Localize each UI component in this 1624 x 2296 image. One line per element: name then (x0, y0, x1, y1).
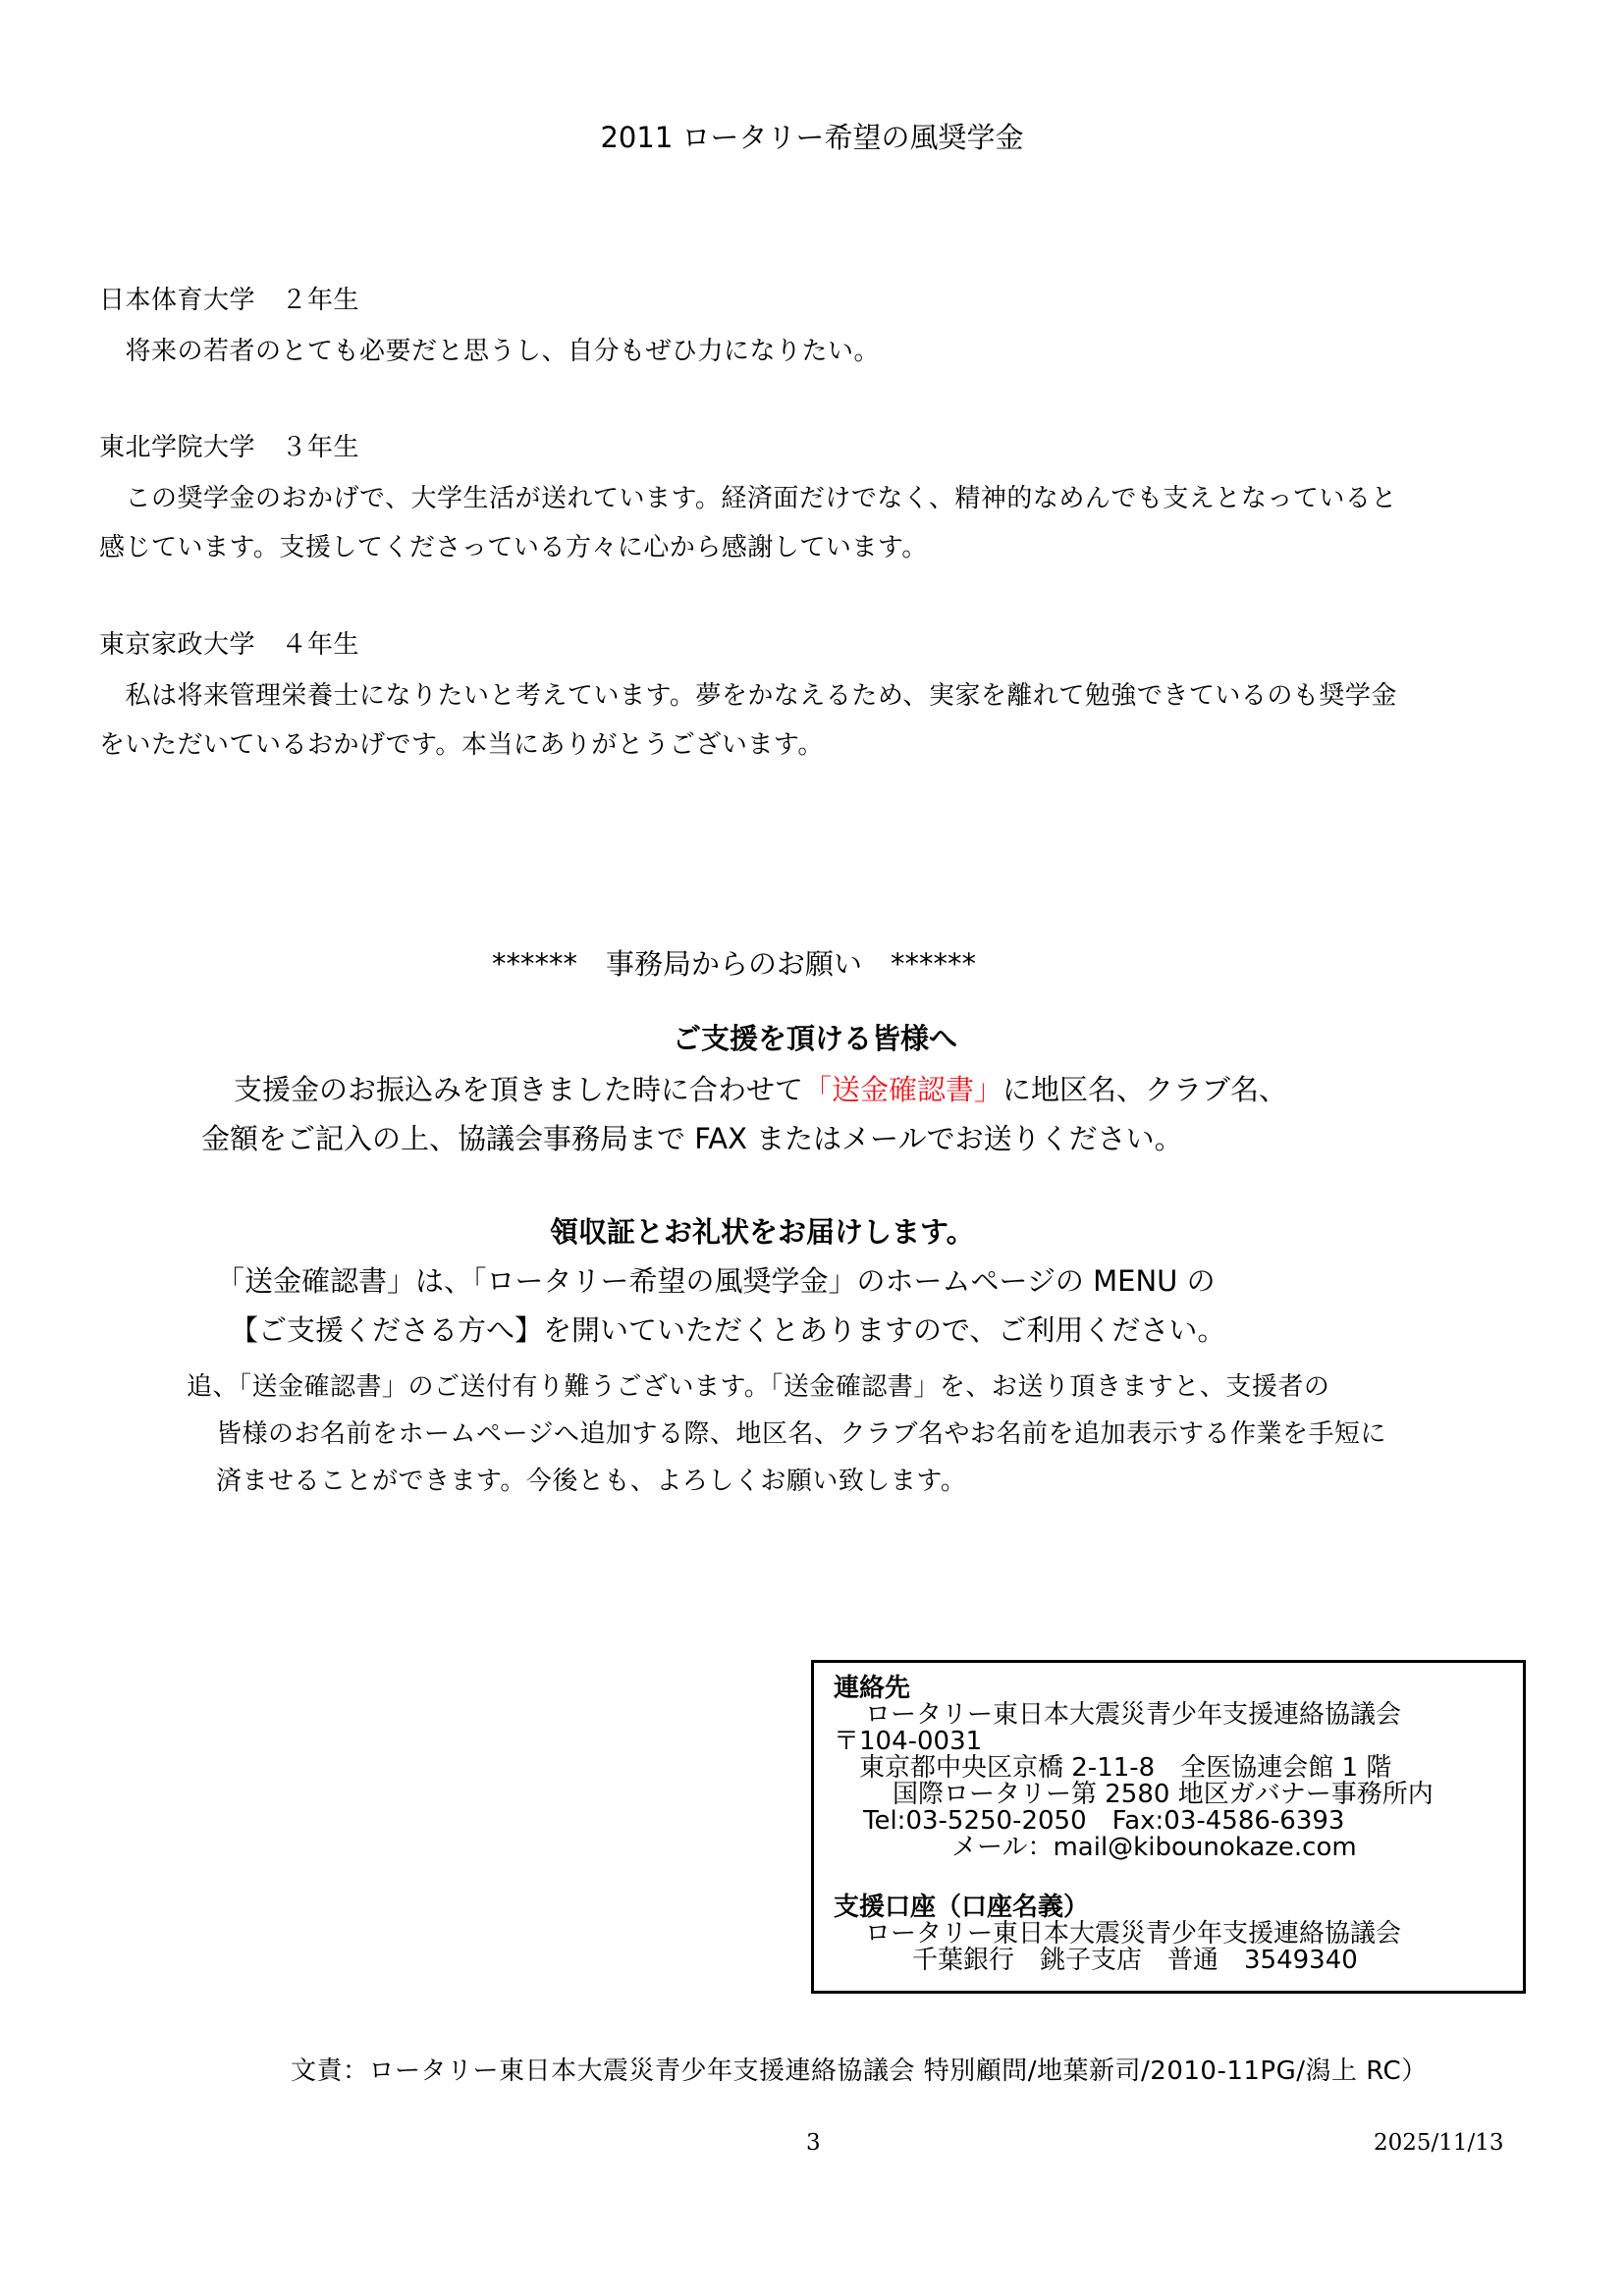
receipt-heading: 領収証とお礼状をお届けします。 (550, 1210, 975, 1251)
testimonial-school-3: 東京家政大学 ４年生 (99, 624, 359, 661)
contact-postal: 〒104-0031 (834, 1729, 982, 1754)
contact-heading: 連絡先 (834, 1676, 910, 1701)
notice-para2-line1: 「送金確認書」は、「ロータリー希望の風奨学金」のホームページの MENU の (216, 1259, 1216, 1300)
page-title: 2011 ロータリー希望の風奨学金 (0, 116, 1624, 156)
notice-para3-line3: 済ませることができます。今後とも、よろしくお願い致します。 (216, 1461, 966, 1497)
notice-subheading: ご支援を頂ける皆様へ (673, 1017, 957, 1057)
contact-box: 連絡先 ロータリー東日本大震災青少年支援連絡協議会 〒104-0031 東京都中… (811, 1660, 1526, 1994)
testimonial-text-2b: 感じています。支援してくださっている方々に心から感謝しています。 (99, 527, 928, 563)
contact-phone-fax: Tel:03-5250-2050 Fax:03-4586-6393 (863, 1808, 1344, 1834)
account-name: ロータリー東日本大震災青少年支援連絡協議会 (865, 1921, 1401, 1947)
testimonial-school-1: 日本体育大学 ２年生 (99, 280, 359, 316)
notice-para3-line1: 追、「送金確認書」のご送付有り難うございます。「送金確認書」を、お送り頂きますと… (187, 1366, 1329, 1403)
notice-para3-line2: 皆様のお名前をホームページへ追加する際、地区名、クラブ名やお名前を追加表示する作… (216, 1414, 1386, 1450)
notice-para1-line2: 金額をご記入の上、協議会事務局まで FAX またはメールでお送りください。 (201, 1117, 1183, 1157)
remittance-confirmation-highlight: 「送金確認書」 (803, 1073, 1002, 1106)
notice-para2-line2: 【ご支援くださる方へ】を開いていただくとありますので、ご利用ください。 (230, 1308, 1225, 1349)
account-heading: 支援口座（口座名義） (834, 1895, 1089, 1920)
testimonial-text-3b: をいただいているおかげです。本当にありがとうございます。 (99, 724, 824, 761)
testimonial-school-2: 東北学院大学 ３年生 (99, 427, 359, 463)
contact-address: 東京都中央区京橋 2-11-8 全医協連会館 1 階 (859, 1755, 1391, 1781)
page-number: 3 (806, 2130, 821, 2156)
footer-date: 2025/11/13 (1374, 2130, 1504, 2156)
notice-para1-after: に地区名、クラブ名、 (1002, 1073, 1287, 1106)
notice-heading: ****** 事務局からのお願い ****** (492, 942, 976, 983)
contact-org: ロータリー東日本大震災青少年支援連絡協議会 (865, 1702, 1401, 1728)
notice-para1-line1: 支援金のお振込みを頂きました時に合わせて「送金確認書」に地区名、クラブ名、 (234, 1068, 1287, 1108)
account-bank: 千葉銀行 銚子支店 普通 3549340 (912, 1948, 1358, 1973)
testimonial-text-3a: 私は将来管理栄養士になりたいと考えています。夢をかなえるため、実家を離れて勉強で… (99, 675, 1397, 712)
notice-para1-before: 支援金のお振込みを頂きました時に合わせて (234, 1073, 803, 1106)
testimonial-text-1: 将来の若者のとても必要だと思うし、自分もぜひ力になりたい。 (99, 331, 880, 367)
contact-office: 国際ロータリー第 2580 地区ガバナー事務所内 (893, 1782, 1434, 1807)
contact-email[interactable]: メール：mail@kibounokaze.com (951, 1835, 1357, 1860)
testimonial-text-2a: この奨学金のおかげで、大学生活が送れています。経済面だけでなく、精神的なめんでも… (99, 478, 1397, 514)
credit-line: 文責：ロータリー東日本大震災青少年支援連絡協議会 特別顧問/地葉新司/2010-… (291, 2051, 1428, 2087)
